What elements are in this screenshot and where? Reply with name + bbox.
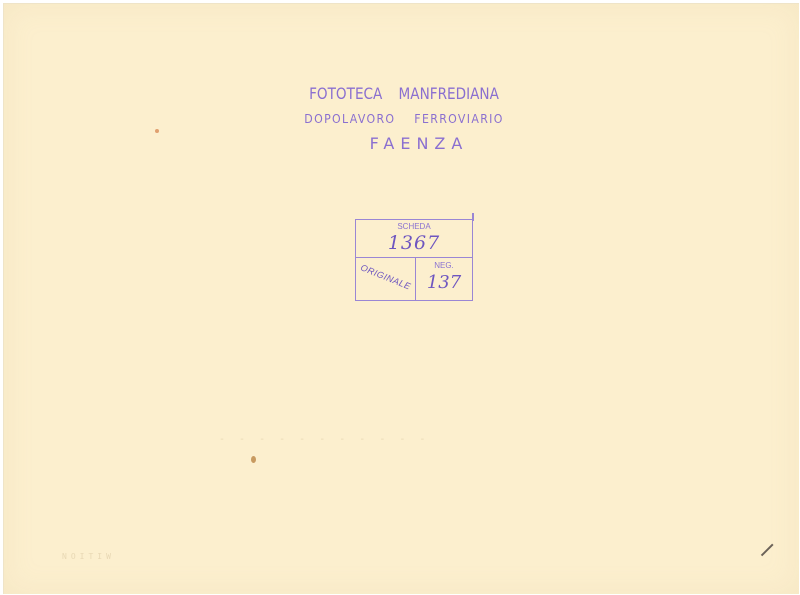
faint-impression-marks: - - - - - - - - - - -: [219, 434, 429, 445]
scheda-label: SCHEDA: [356, 222, 472, 231]
originale-cell: ORIGINALE: [356, 258, 416, 300]
stamp-line-organization: DOPOLAVORO FERROVIARIO: [52, 111, 756, 126]
neg-label: NEG.: [416, 261, 472, 270]
record-stamp-box: SCHEDA 1367 ORIGINALE NEG. 137: [355, 219, 473, 301]
scheda-cell: SCHEDA 1367: [356, 220, 472, 258]
stain-spot: [251, 456, 256, 463]
originale-label: ORIGINALE: [359, 262, 412, 291]
stamp-line-city: FAENZA: [4, 134, 800, 153]
stain-spot: [155, 129, 159, 133]
faint-bottom-marks: NOITIW: [62, 552, 115, 561]
neg-number: 137: [416, 272, 472, 293]
pencil-mark: [761, 544, 773, 556]
scheda-number: 1367: [356, 232, 472, 254]
stamp-line-archive-name: FOTOTECA MANFREDIANA: [64, 84, 744, 103]
paper-sheet: FOTOTECA MANFREDIANA DOPOLAVORO FERROVIA…: [3, 3, 799, 594]
